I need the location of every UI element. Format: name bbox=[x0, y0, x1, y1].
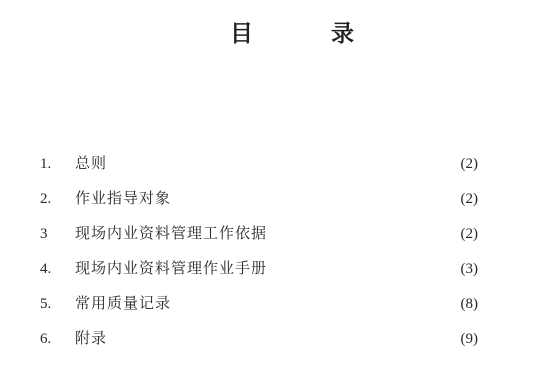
toc-entry-number: 3 bbox=[40, 217, 75, 252]
toc-entry-page: (8) bbox=[461, 287, 479, 322]
toc-entry-4[interactable]: 4. 现场内业资料管理作业手册 (3) bbox=[40, 252, 478, 287]
page-title: 目录 bbox=[12, 15, 560, 48]
toc-entry-page: (9) bbox=[461, 322, 479, 357]
toc-entry-page: (3) bbox=[461, 252, 479, 287]
toc-entry-label: 常用质量记录 bbox=[75, 287, 461, 322]
toc-entry-number: 4. bbox=[40, 252, 75, 287]
document-page: 目录 1. 总则 (2) 2. 作业指导对象 (2) 3 现场内业资料管理工作依… bbox=[0, 0, 560, 387]
toc-entry-label: 附录 bbox=[75, 322, 461, 357]
title-char-right: 录 bbox=[331, 21, 354, 46]
toc-entry-2[interactable]: 2. 作业指导对象 (2) bbox=[40, 182, 478, 217]
title-char-left: 目 bbox=[230, 21, 253, 46]
toc-entry-6[interactable]: 6. 附录 (9) bbox=[40, 322, 478, 357]
toc-entry-page: (2) bbox=[461, 217, 479, 252]
toc-entry-number: 6. bbox=[40, 322, 75, 357]
toc-entry-label: 现场内业资料管理工作依据 bbox=[75, 217, 461, 252]
toc-entry-page: (2) bbox=[461, 182, 479, 217]
toc-entry-1[interactable]: 1. 总则 (2) bbox=[40, 147, 478, 182]
toc-entry-label: 作业指导对象 bbox=[75, 182, 461, 217]
toc-entry-number: 2. bbox=[40, 182, 75, 217]
toc-entry-number: 5. bbox=[40, 287, 75, 322]
toc-entry-5[interactable]: 5. 常用质量记录 (8) bbox=[40, 287, 478, 322]
toc-list: 1. 总则 (2) 2. 作业指导对象 (2) 3 现场内业资料管理工作依据 (… bbox=[40, 147, 478, 357]
toc-entry-label: 总则 bbox=[75, 147, 461, 182]
toc-entry-label: 现场内业资料管理作业手册 bbox=[75, 252, 461, 287]
toc-entry-number: 1. bbox=[40, 147, 75, 182]
toc-entry-3[interactable]: 3 现场内业资料管理工作依据 (2) bbox=[40, 217, 478, 252]
toc-entry-page: (2) bbox=[461, 147, 479, 182]
